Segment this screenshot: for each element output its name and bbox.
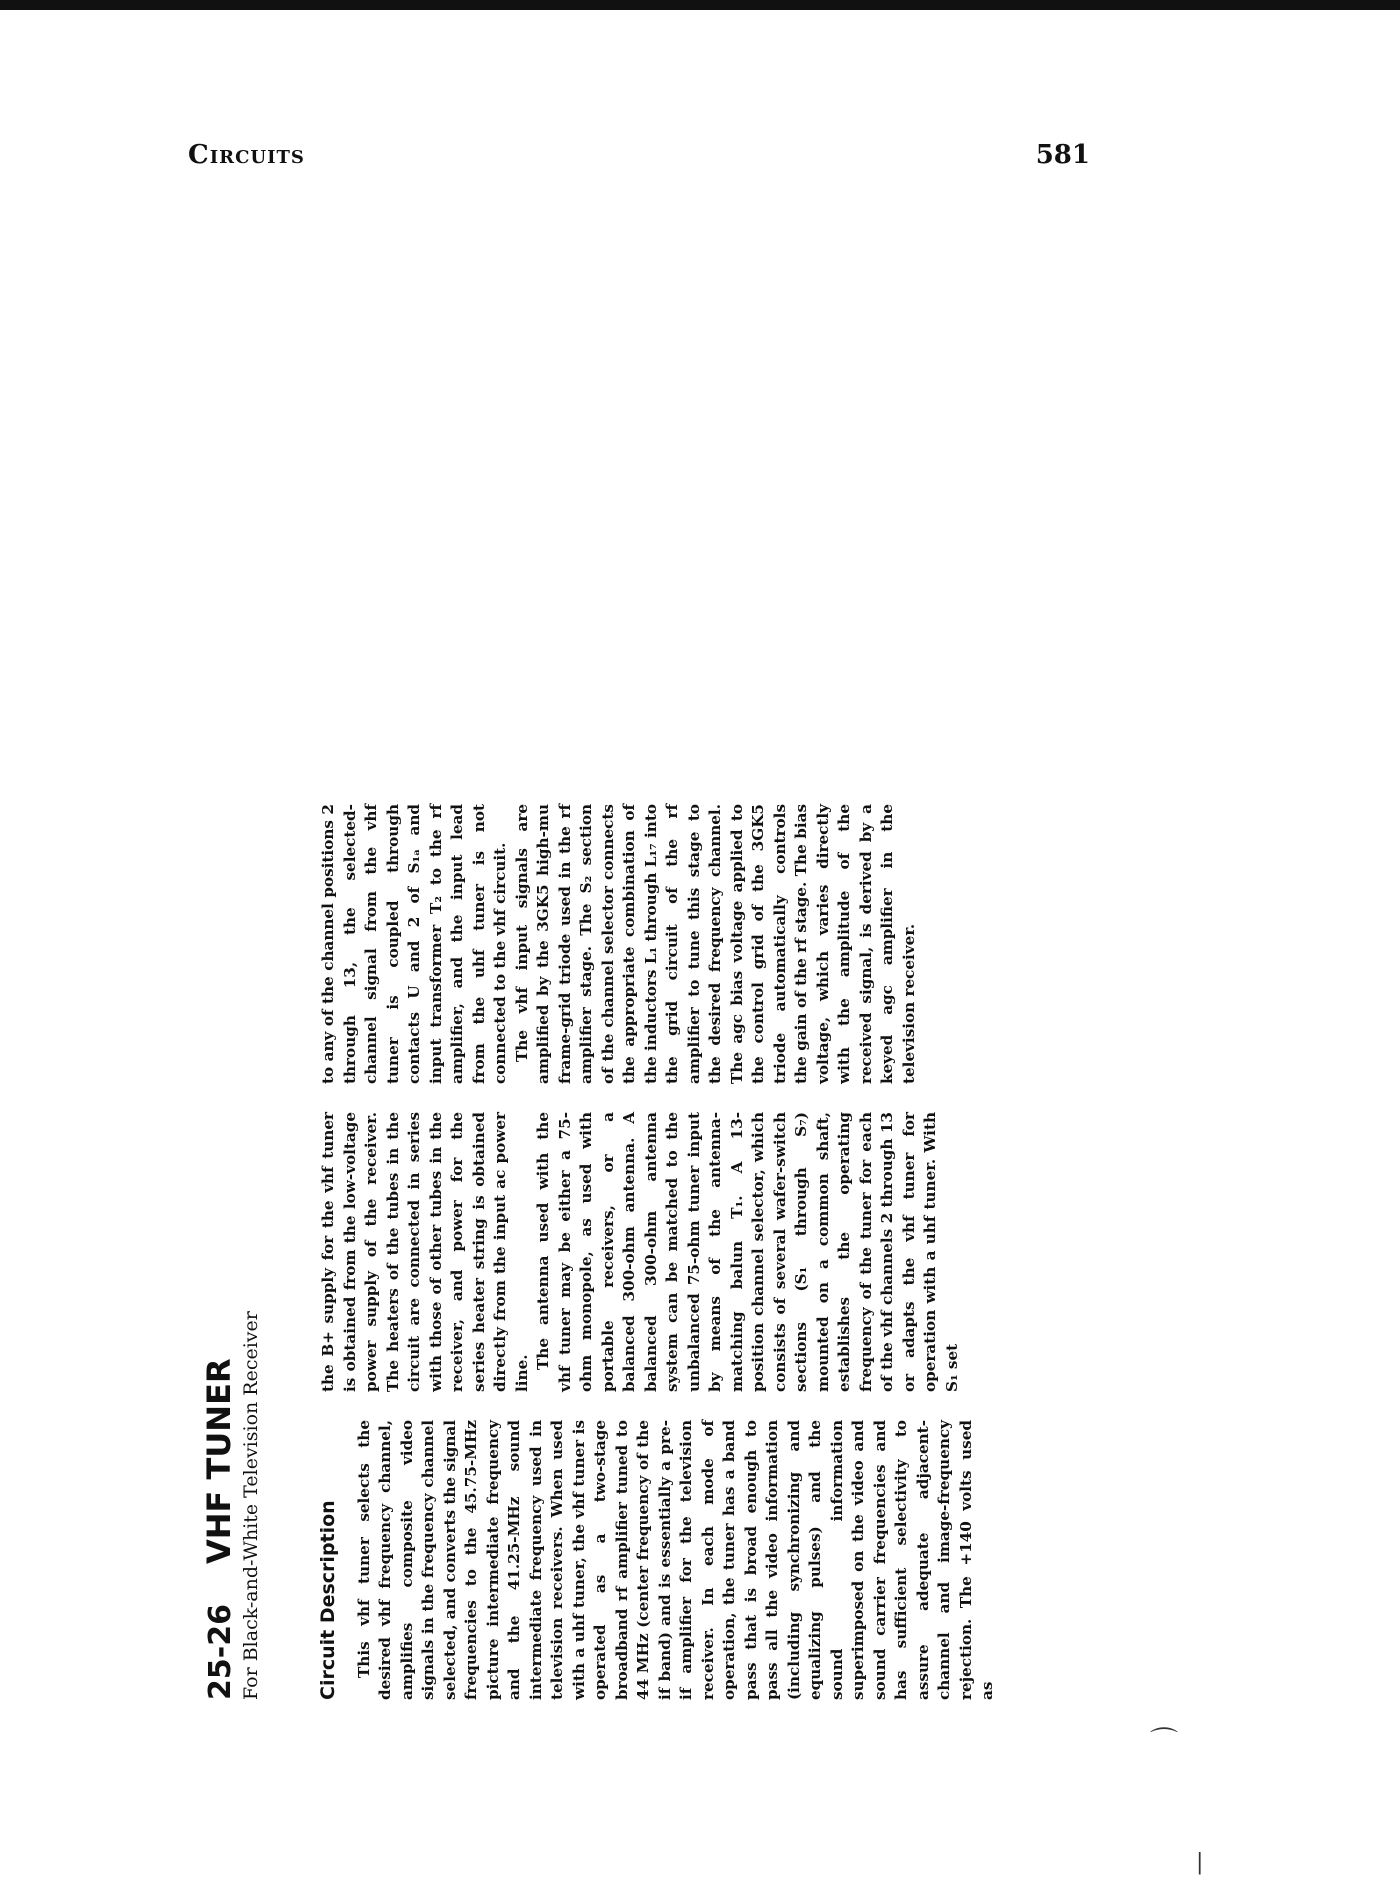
paragraph: to any of the channel positions 2 throug… bbox=[318, 804, 512, 1084]
rotated-article: 25-26 VHF TUNER For Black-and-White Tele… bbox=[200, 220, 1100, 1700]
page-number: 581 bbox=[1036, 140, 1090, 170]
scan-top-edge bbox=[0, 0, 1400, 10]
article-title-row: 25-26 VHF TUNER bbox=[200, 220, 238, 1700]
margin-mark: | bbox=[1196, 1850, 1203, 1875]
running-head-section: Circuits bbox=[188, 140, 305, 170]
section-heading: Circuit Description bbox=[318, 1420, 340, 1700]
article-number: 25-26 bbox=[203, 1604, 238, 1700]
paragraph: The vhf input signals are amplified by t… bbox=[512, 804, 921, 1084]
column-3: to any of the channel positions 2 throug… bbox=[318, 804, 999, 1084]
paragraph: the B+ supply for the vhf tuner is obtai… bbox=[318, 1112, 533, 1392]
column-2: the B+ supply for the vhf tuner is obtai… bbox=[318, 1112, 999, 1392]
pen-mark: ⌒ bbox=[1150, 1720, 1178, 1760]
paragraph: The antenna used with the vhf tuner may … bbox=[533, 1112, 963, 1392]
paragraph: This vhf tuner selects the desired vhf f… bbox=[354, 1420, 999, 1700]
article-title: VHF TUNER bbox=[200, 1358, 238, 1564]
column-1: Circuit Description This vhf tuner selec… bbox=[318, 1420, 999, 1700]
text-columns: Circuit Description This vhf tuner selec… bbox=[318, 220, 999, 1700]
article-subtitle: For Black-and-White Television Receiver bbox=[240, 220, 262, 1700]
